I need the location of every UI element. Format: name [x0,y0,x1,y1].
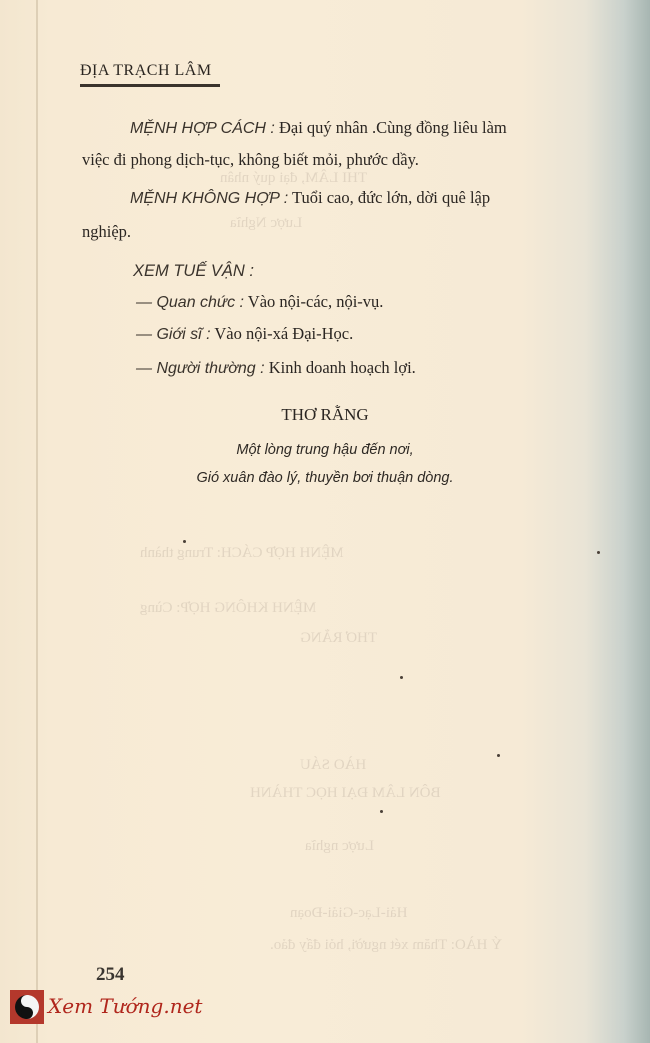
bleed-through-text: THƠ RẰNG [300,630,377,647]
bleed-through-text: Lược nghĩa [305,838,374,855]
bleed-through-text: Hải-Lạc-Giải-Đoạn [290,905,407,922]
bleed-through-text: BÔN LÂM ĐẠI HỌC THÀNH [250,785,441,802]
tue-van-item-label: — Quan chức : [136,294,244,311]
tue-van-item: — Người thường : Kinh doanh hoạch lợi. [136,358,416,378]
speck [497,754,500,757]
page-number: 254 [96,964,125,986]
menh-khong-hop-line1: MỆNH KHÔNG HỢP : Tuổi cao, đức lớn, dời … [130,188,490,208]
bleed-through-text: MỆNH HỢP CÁCH: Trung thành [140,545,344,562]
yin-yang-logo-icon [10,990,44,1024]
running-header: ĐỊA TRẠCH LÂM [80,62,212,80]
menh-hop-cach-text: Đại quý nhân .Cùng đồng liêu làm [279,118,507,137]
menh-hop-cach-label: MỆNH HỢP CÁCH : [130,120,275,137]
menh-khong-hop-text: Tuổi cao, đức lớn, dời quê lập [292,188,490,207]
bleed-through-text: MỆNH KHÔNG HỢP: Cùng [140,600,316,617]
tue-van-item-text: Kinh doanh hoạch lợi. [269,358,416,377]
menh-khong-hop-line2: nghiệp. [82,222,131,242]
tue-van-item-label: — Giới sĩ : [136,326,211,343]
menh-khong-hop-label: MỆNH KHÔNG HỢP : [130,190,288,207]
speck [380,810,383,813]
bleed-through-text: THI LÂM, đại quý nhân [220,170,367,187]
tue-van-item: — Giới sĩ : Vào nội-xá Đại-Học. [136,324,353,344]
bleed-through-text: Ý HÀO: Thăm xét người, hỏi đấy đảo. [270,937,502,954]
menh-hop-cach-line2: việc đi phong dịch-tục, không biết mỏi, … [82,150,419,170]
xem-tue-van-heading: XEM TUẾ VẬN : [133,262,254,281]
tue-van-item: — Quan chức : Vào nội-các, nội-vụ. [136,292,383,312]
tue-van-item-label: — Người thường : [136,360,265,377]
watermark-brand: Xem Tướng.net [48,994,202,1018]
header-underline [80,84,220,87]
poem-line: Gió xuân đào lý, thuyền bơi thuận dòng. [0,470,650,486]
bleed-through-text: Lược Nghĩa [230,215,302,232]
tue-van-item-text: Vào nội-xá Đại-Học. [214,324,353,343]
speck [183,540,186,543]
bleed-through-text: HÀO SÁU [300,757,366,774]
tue-van-item-text: Vào nội-các, nội-vụ. [248,292,384,311]
poem-line: Một lòng trung hậu đến nơi, [0,442,650,458]
speck [400,676,403,679]
menh-hop-cach-line1: MỆNH HỢP CÁCH : Đại quý nhân .Cùng đồng … [130,118,507,138]
poem-title: THƠ RẰNG [0,405,650,425]
page-fold-line [36,0,38,1043]
speck [597,551,600,554]
